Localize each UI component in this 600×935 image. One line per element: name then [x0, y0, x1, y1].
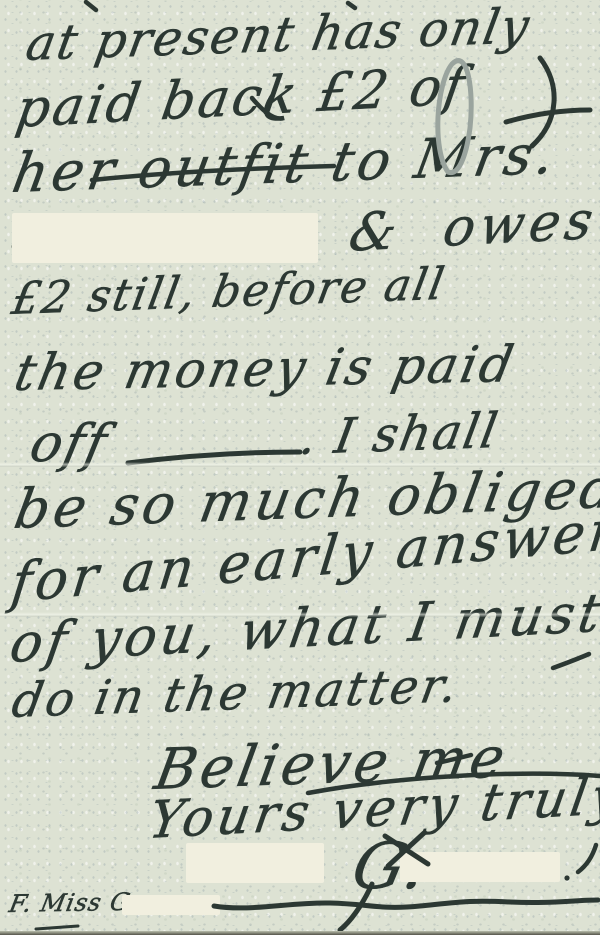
period-mark-right-of-signature — [564, 875, 569, 880]
truly-descender-flick — [578, 845, 596, 872]
redaction-patch-after-footer-note — [122, 895, 220, 915]
handwriting-line-7-end: . I shall — [296, 403, 503, 466]
top-edge-pen-mark — [86, 2, 96, 10]
handwriting-line-4-end: & owes — [345, 190, 600, 264]
paper-crease-upper — [0, 462, 600, 467]
page-bottom-edge — [0, 931, 600, 935]
redaction-patch-name-after-mrs — [12, 213, 318, 263]
bracket-tail-stroke — [506, 110, 590, 122]
footer-note: F. Miss G. — [7, 888, 141, 918]
handwriting-line-5: £2 still, before all — [8, 259, 450, 325]
underline-miss — [36, 926, 78, 929]
handwriting-line-6: the money is paid — [10, 335, 521, 402]
redaction-patch-left-of-signature — [186, 843, 324, 883]
dash-after-must — [553, 654, 589, 668]
letter-page: at present has only paid back £2 of her … — [0, 0, 600, 935]
redaction-patch-right-of-signature — [400, 852, 560, 882]
paper-crease-lower — [0, 612, 600, 617]
